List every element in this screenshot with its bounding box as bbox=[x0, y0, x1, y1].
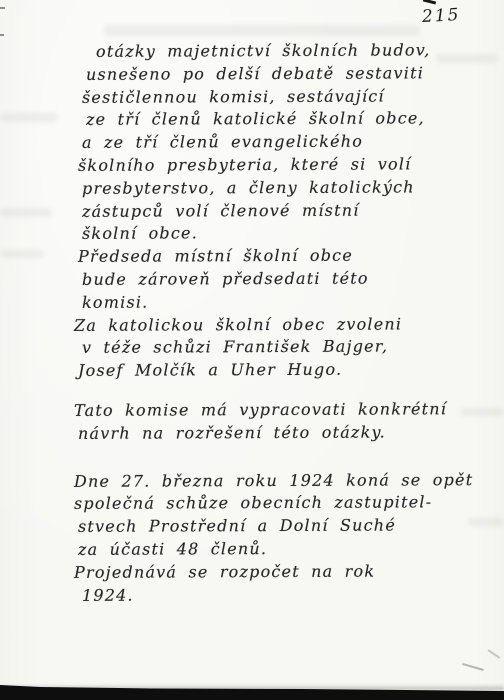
handwritten-line: Předseda místní školní obce bbox=[78, 244, 474, 269]
handwritten-line: komisi. bbox=[82, 290, 474, 315]
pencil-mark bbox=[488, 649, 500, 658]
ink-bleed-smudge bbox=[0, 208, 52, 217]
scan-speck bbox=[423, 0, 436, 5]
handwritten-line: bude zároveň předsedati této bbox=[82, 267, 474, 292]
paragraph: Za katolickou školní obec zvoleni v téže… bbox=[74, 314, 474, 382]
handwritten-line: ze tří členů katolické školní obce, bbox=[86, 108, 474, 132]
handwritten-line: usnešeno po delší debatě sestaviti bbox=[86, 62, 474, 86]
handwritten-line: šestičlennou komisi, sestávající bbox=[82, 85, 474, 110]
manuscript-page: 215 otázky majetnictví školních budov, u… bbox=[0, 0, 504, 700]
scan-speck bbox=[0, 34, 4, 36]
ink-bleed-smudge bbox=[0, 250, 44, 258]
page-number: 215 bbox=[421, 5, 460, 27]
handwritten-line: Dne 27. března roku 1924 koná se opět bbox=[74, 469, 474, 494]
handwritten-line: Josef Molčík a Uher Hugo. bbox=[78, 358, 474, 383]
handwritten-line: a ze tří členů evangelického bbox=[82, 130, 474, 155]
scan-speck bbox=[0, 7, 5, 9]
pencil-mark bbox=[462, 663, 484, 671]
paragraph: Tato komise má vypracovati konkrétní náv… bbox=[74, 399, 474, 445]
paragraph: otázky majetnictví školních budov, usneš… bbox=[74, 40, 474, 245]
handwritten-line: Tato komise má vypracovati konkrétní bbox=[74, 398, 474, 423]
handwritten-line: zástupců volí členové místní bbox=[82, 199, 474, 224]
handwritten-line: školního presbyteria, které si volí bbox=[78, 153, 474, 178]
handwritten-line: 1924. bbox=[82, 583, 474, 608]
ink-bleed-smudge bbox=[104, 25, 420, 36]
handwritten-line: společná schůze obecních zastupitel- bbox=[74, 491, 474, 516]
paragraph: Dne 27. března roku 1924 koná se opět sp… bbox=[74, 470, 474, 607]
handwritten-line: stvech Prostřední a Dolní Suché bbox=[78, 514, 474, 539]
handwritten-line: otázky majetnictví školních budov, bbox=[96, 39, 474, 63]
paragraph: Předseda místní školní obce bude zároveň… bbox=[74, 245, 474, 313]
ink-bleed-smudge bbox=[0, 113, 58, 122]
handwritten-line: za účasti 48 členů. bbox=[78, 537, 474, 562]
handwritten-line: presbyterstvo, a členy katolických bbox=[82, 176, 474, 201]
handwritten-line: Projednává se rozpočet na rok bbox=[74, 560, 474, 585]
handwritten-line: v téže schůzi František Bajger, bbox=[82, 336, 474, 361]
manuscript-text: otázky majetnictví školních budov, usneš… bbox=[74, 40, 474, 606]
handwritten-line: návrh na rozřešení této otázky. bbox=[78, 421, 474, 446]
handwritten-line: Za katolickou školní obec zvoleni bbox=[74, 313, 474, 338]
handwritten-line: školní obce. bbox=[82, 222, 474, 247]
